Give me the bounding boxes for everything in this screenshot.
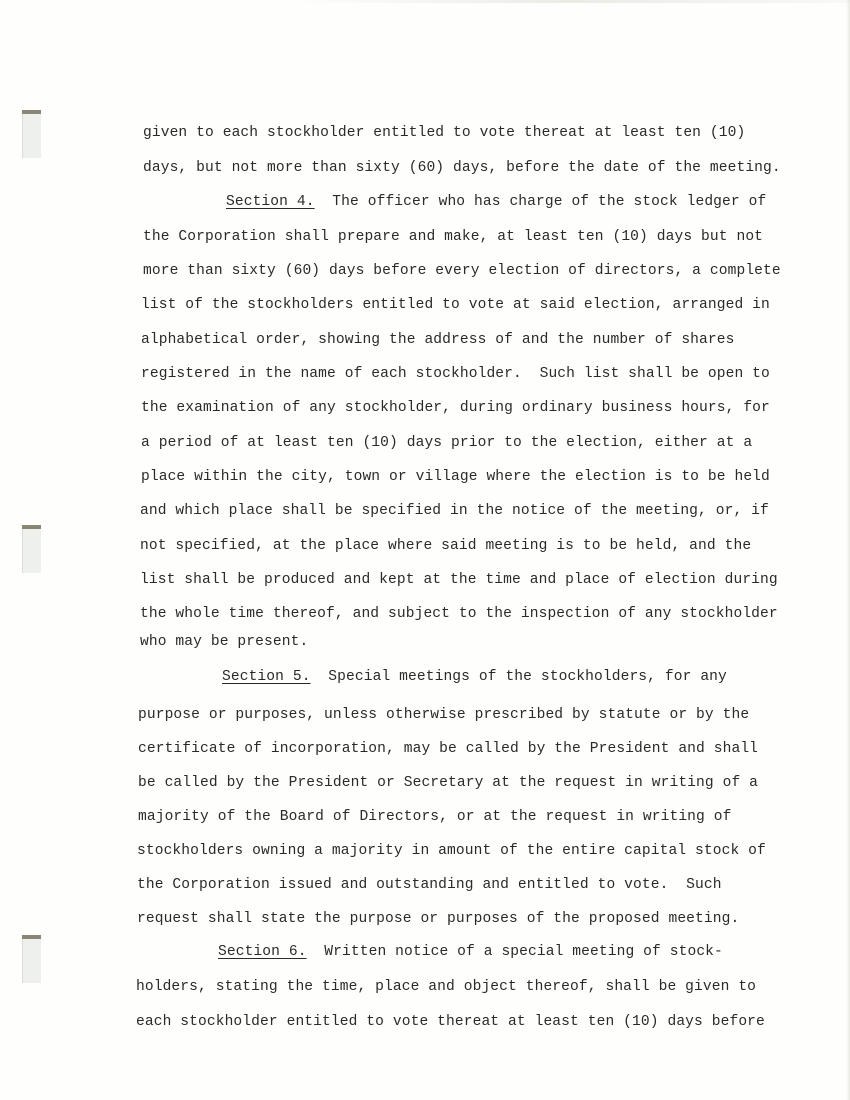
line-text: the Corporation shall prepare and make, … [143,229,763,245]
text-line: each stockholder entitled to vote therea… [136,1013,765,1031]
line-text: the whole time thereof, and subject to t… [140,606,778,622]
line-text: the examination of any stockholder, duri… [141,400,770,416]
section-heading-line: Section 4. The officer who has charge of… [226,193,766,211]
section-label: Section 4. [226,194,315,210]
text-line: holders, stating the time, place and obj… [136,978,756,996]
line-text: The officer who has charge of the stock … [315,194,767,210]
text-line: majority of the Board of Directors, or a… [138,808,731,826]
text-line: registered in the name of each stockhold… [141,365,770,383]
line-text: list of the stockholders entitled to vot… [141,297,770,313]
line-text: majority of the Board of Directors, or a… [138,809,731,825]
text-line: certificate of incorporation, may be cal… [138,740,758,758]
line-text: who may be present. [140,634,308,650]
line-text: be called by the President or Secretary … [138,775,758,791]
binder-punch-hole [22,525,41,573]
section-heading-line: Section 5. Special meetings of the stock… [222,668,727,686]
line-text: certificate of incorporation, may be cal… [138,741,758,757]
line-text: given to each stockholder entitled to vo… [143,125,745,141]
line-text: registered in the name of each stockhold… [141,366,770,382]
line-text: Written notice of a special meeting of s… [307,944,723,960]
line-text: the Corporation issued and outstanding a… [137,877,722,893]
page-right-edge [846,0,850,1100]
section-label: Section 5. [222,669,311,685]
text-line: the Corporation shall prepare and make, … [143,228,763,246]
text-line: days, but not more than sixty (60) days,… [143,159,781,177]
line-text: request shall state the purpose or purpo… [137,911,739,927]
line-text: purpose or purposes, unless otherwise pr… [138,707,749,723]
text-line: list of the stockholders entitled to vot… [141,296,770,314]
line-text: not specified, at the place where said m… [140,538,751,554]
text-line: purpose or purposes, unless otherwise pr… [138,706,749,724]
binder-punch-hole [22,110,41,158]
text-line: the Corporation issued and outstanding a… [137,876,722,894]
text-line: a period of at least ten (10) days prior… [141,434,752,452]
line-text: days, but not more than sixty (60) days,… [143,160,781,176]
line-text: and which place shall be specified in th… [140,503,769,519]
binder-punch-hole [22,935,41,983]
line-text: more than sixty (60) days before every e… [143,263,781,279]
text-line: not specified, at the place where said m… [140,537,751,555]
line-text: place within the city, town or village w… [141,469,770,485]
line-text: alphabetical order, showing the address … [141,332,734,348]
text-line: the whole time thereof, and subject to t… [140,605,778,623]
text-line: be called by the President or Secretary … [138,774,758,792]
text-line: and which place shall be specified in th… [140,502,769,520]
document-page: given to each stockholder entitled to vo… [0,0,850,1100]
line-text: stockholders owning a majority in amount… [137,843,766,859]
page-top-edge [290,0,850,3]
text-line: request shall state the purpose or purpo… [137,910,739,928]
text-line: the examination of any stockholder, duri… [141,399,770,417]
text-line: list shall be produced and kept at the t… [140,571,778,589]
line-text: each stockholder entitled to vote therea… [136,1014,765,1030]
section-label: Section 6. [218,944,307,960]
text-line: more than sixty (60) days before every e… [143,262,781,280]
line-text: a period of at least ten (10) days prior… [141,435,752,451]
text-line: alphabetical order, showing the address … [141,331,734,349]
line-text: list shall be produced and kept at the t… [140,572,778,588]
line-text: Special meetings of the stockholders, fo… [311,669,727,685]
text-line: given to each stockholder entitled to vo… [143,124,745,142]
line-text: holders, stating the time, place and obj… [136,979,756,995]
text-line: place within the city, town or village w… [141,468,770,486]
text-line: who may be present. [140,633,308,651]
section-heading-line: Section 6. Written notice of a special m… [218,943,723,961]
text-line: stockholders owning a majority in amount… [137,842,766,860]
